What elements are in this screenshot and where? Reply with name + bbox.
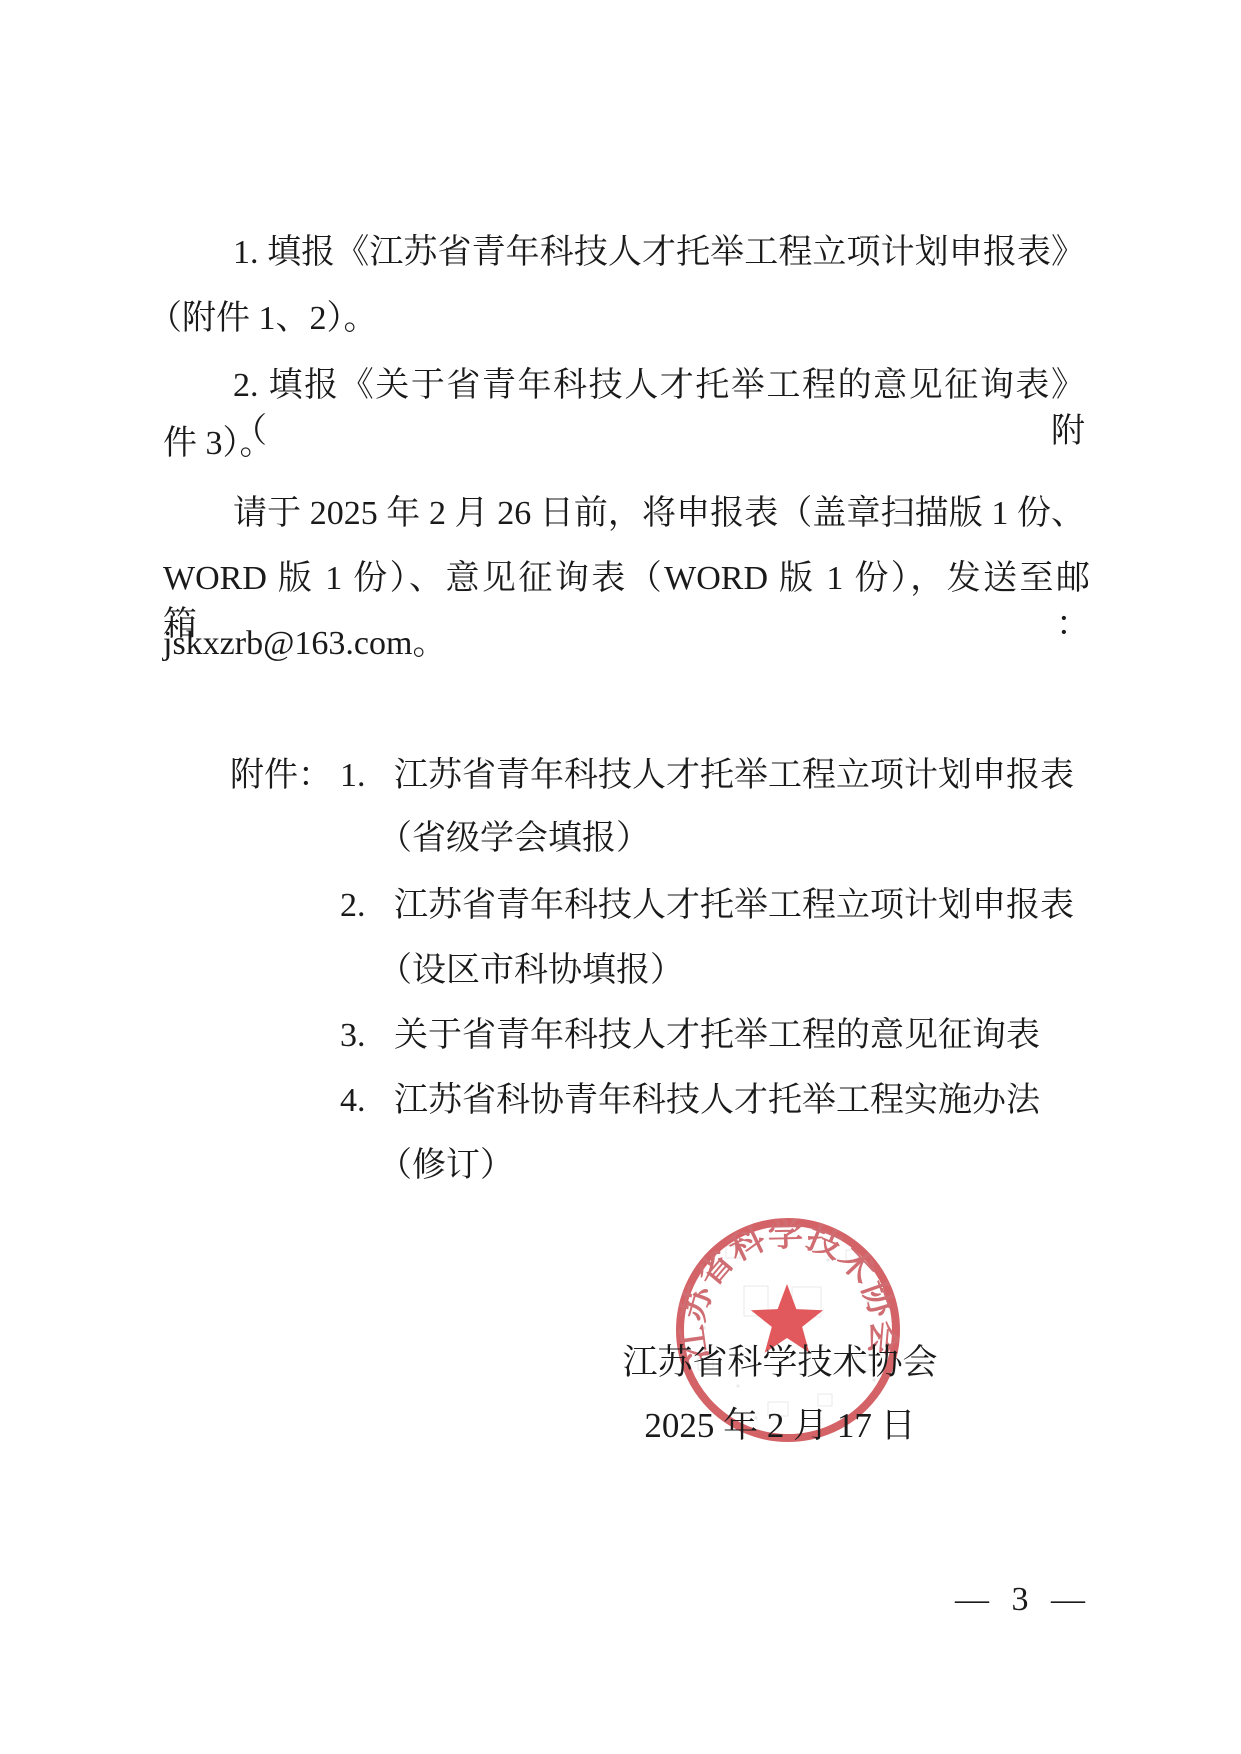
document-page: 1. 填报《江苏省青年科技人才托举工程立项计划申报表》 （附件 1、2）。 2.…: [0, 0, 1241, 1754]
body-line-1: 1. 填报《江苏省青年科技人才托举工程立项计划申报表》: [233, 230, 1085, 276]
body-line-2: （附件 1、2）。: [148, 296, 378, 342]
attachment-3-number: 3.: [340, 1013, 366, 1059]
attachment-2-number: 2.: [340, 883, 366, 929]
body-line-3: 2. 填报《关于省青年科技人才托举工程的意见征询表》（附: [233, 363, 1085, 455]
attachment-4-title: 江苏省科协青年科技人才托举工程实施办法: [394, 1078, 1040, 1124]
attachment-1-title: 江苏省青年科技人才托举工程立项计划申报表: [394, 753, 1074, 799]
body-line-5: 请于 2025 年 2 月 26 日前，将申报表（盖章扫描版 1 份、: [233, 491, 1085, 537]
attachment-2-title: 江苏省青年科技人才托举工程立项计划申报表: [394, 883, 1074, 929]
signature-org: 江苏省科学技术协会: [558, 1340, 1002, 1386]
attachment-4-number: 4.: [340, 1078, 366, 1124]
attachments-label: 附件：: [230, 753, 332, 799]
attachment-4-note: （修订）: [378, 1143, 514, 1189]
signature-date: 2025 年 2 月 17 日: [558, 1403, 1002, 1449]
attachment-1-number: 1.: [340, 753, 366, 799]
attachment-3-title: 关于省青年科技人才托举工程的意见征询表: [394, 1013, 1040, 1059]
page-number: — 3 —: [930, 1581, 1110, 1619]
attachment-2-note: （设区市科协填报）: [378, 948, 684, 994]
body-line-7-email: jskxzrb@163.com。: [163, 621, 446, 667]
body-line-4: 件 3）。: [163, 421, 274, 467]
attachment-1-note: （省级学会填报）: [378, 816, 650, 862]
